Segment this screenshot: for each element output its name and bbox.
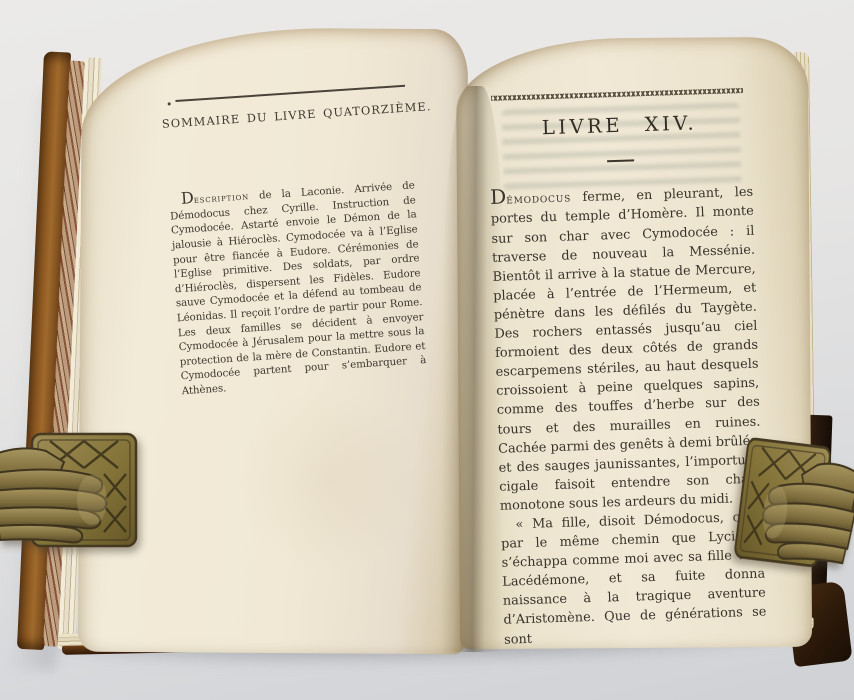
chapter-body: Démodocus ferme, en pleurant, les portes… <box>490 179 767 649</box>
body-paragraph-1: Démodocus ferme, en pleurant, les portes… <box>490 179 763 516</box>
bronze-hand-weight-left-icon <box>0 428 146 556</box>
body-paragraph-2: « Ma fille, disoit Démodocus, c’est par … <box>500 508 767 650</box>
paragraph1-smallcaps: émodocus <box>506 191 571 208</box>
paragraph1-text: ferme, en pleurant, les portes du temple… <box>491 185 763 514</box>
bronze-hand-weight-right-icon <box>725 431 854 581</box>
paragraph1-initial: D <box>490 185 507 209</box>
chapter-summary-paragraph: Description de la Laconie. Arrivée de Dé… <box>169 176 428 399</box>
header-rule-dot <box>168 102 171 105</box>
page-stain <box>230 380 430 580</box>
summary-initial: D <box>180 188 194 208</box>
summary-text: de la Laconie. Arrivée de Démodocus chez… <box>170 180 427 398</box>
photo-of-open-antique-book: SOMMAIRE DU LIVRE QUATORZIÈME. Descripti… <box>0 0 854 700</box>
summary-smallcaps: escription <box>193 191 249 207</box>
